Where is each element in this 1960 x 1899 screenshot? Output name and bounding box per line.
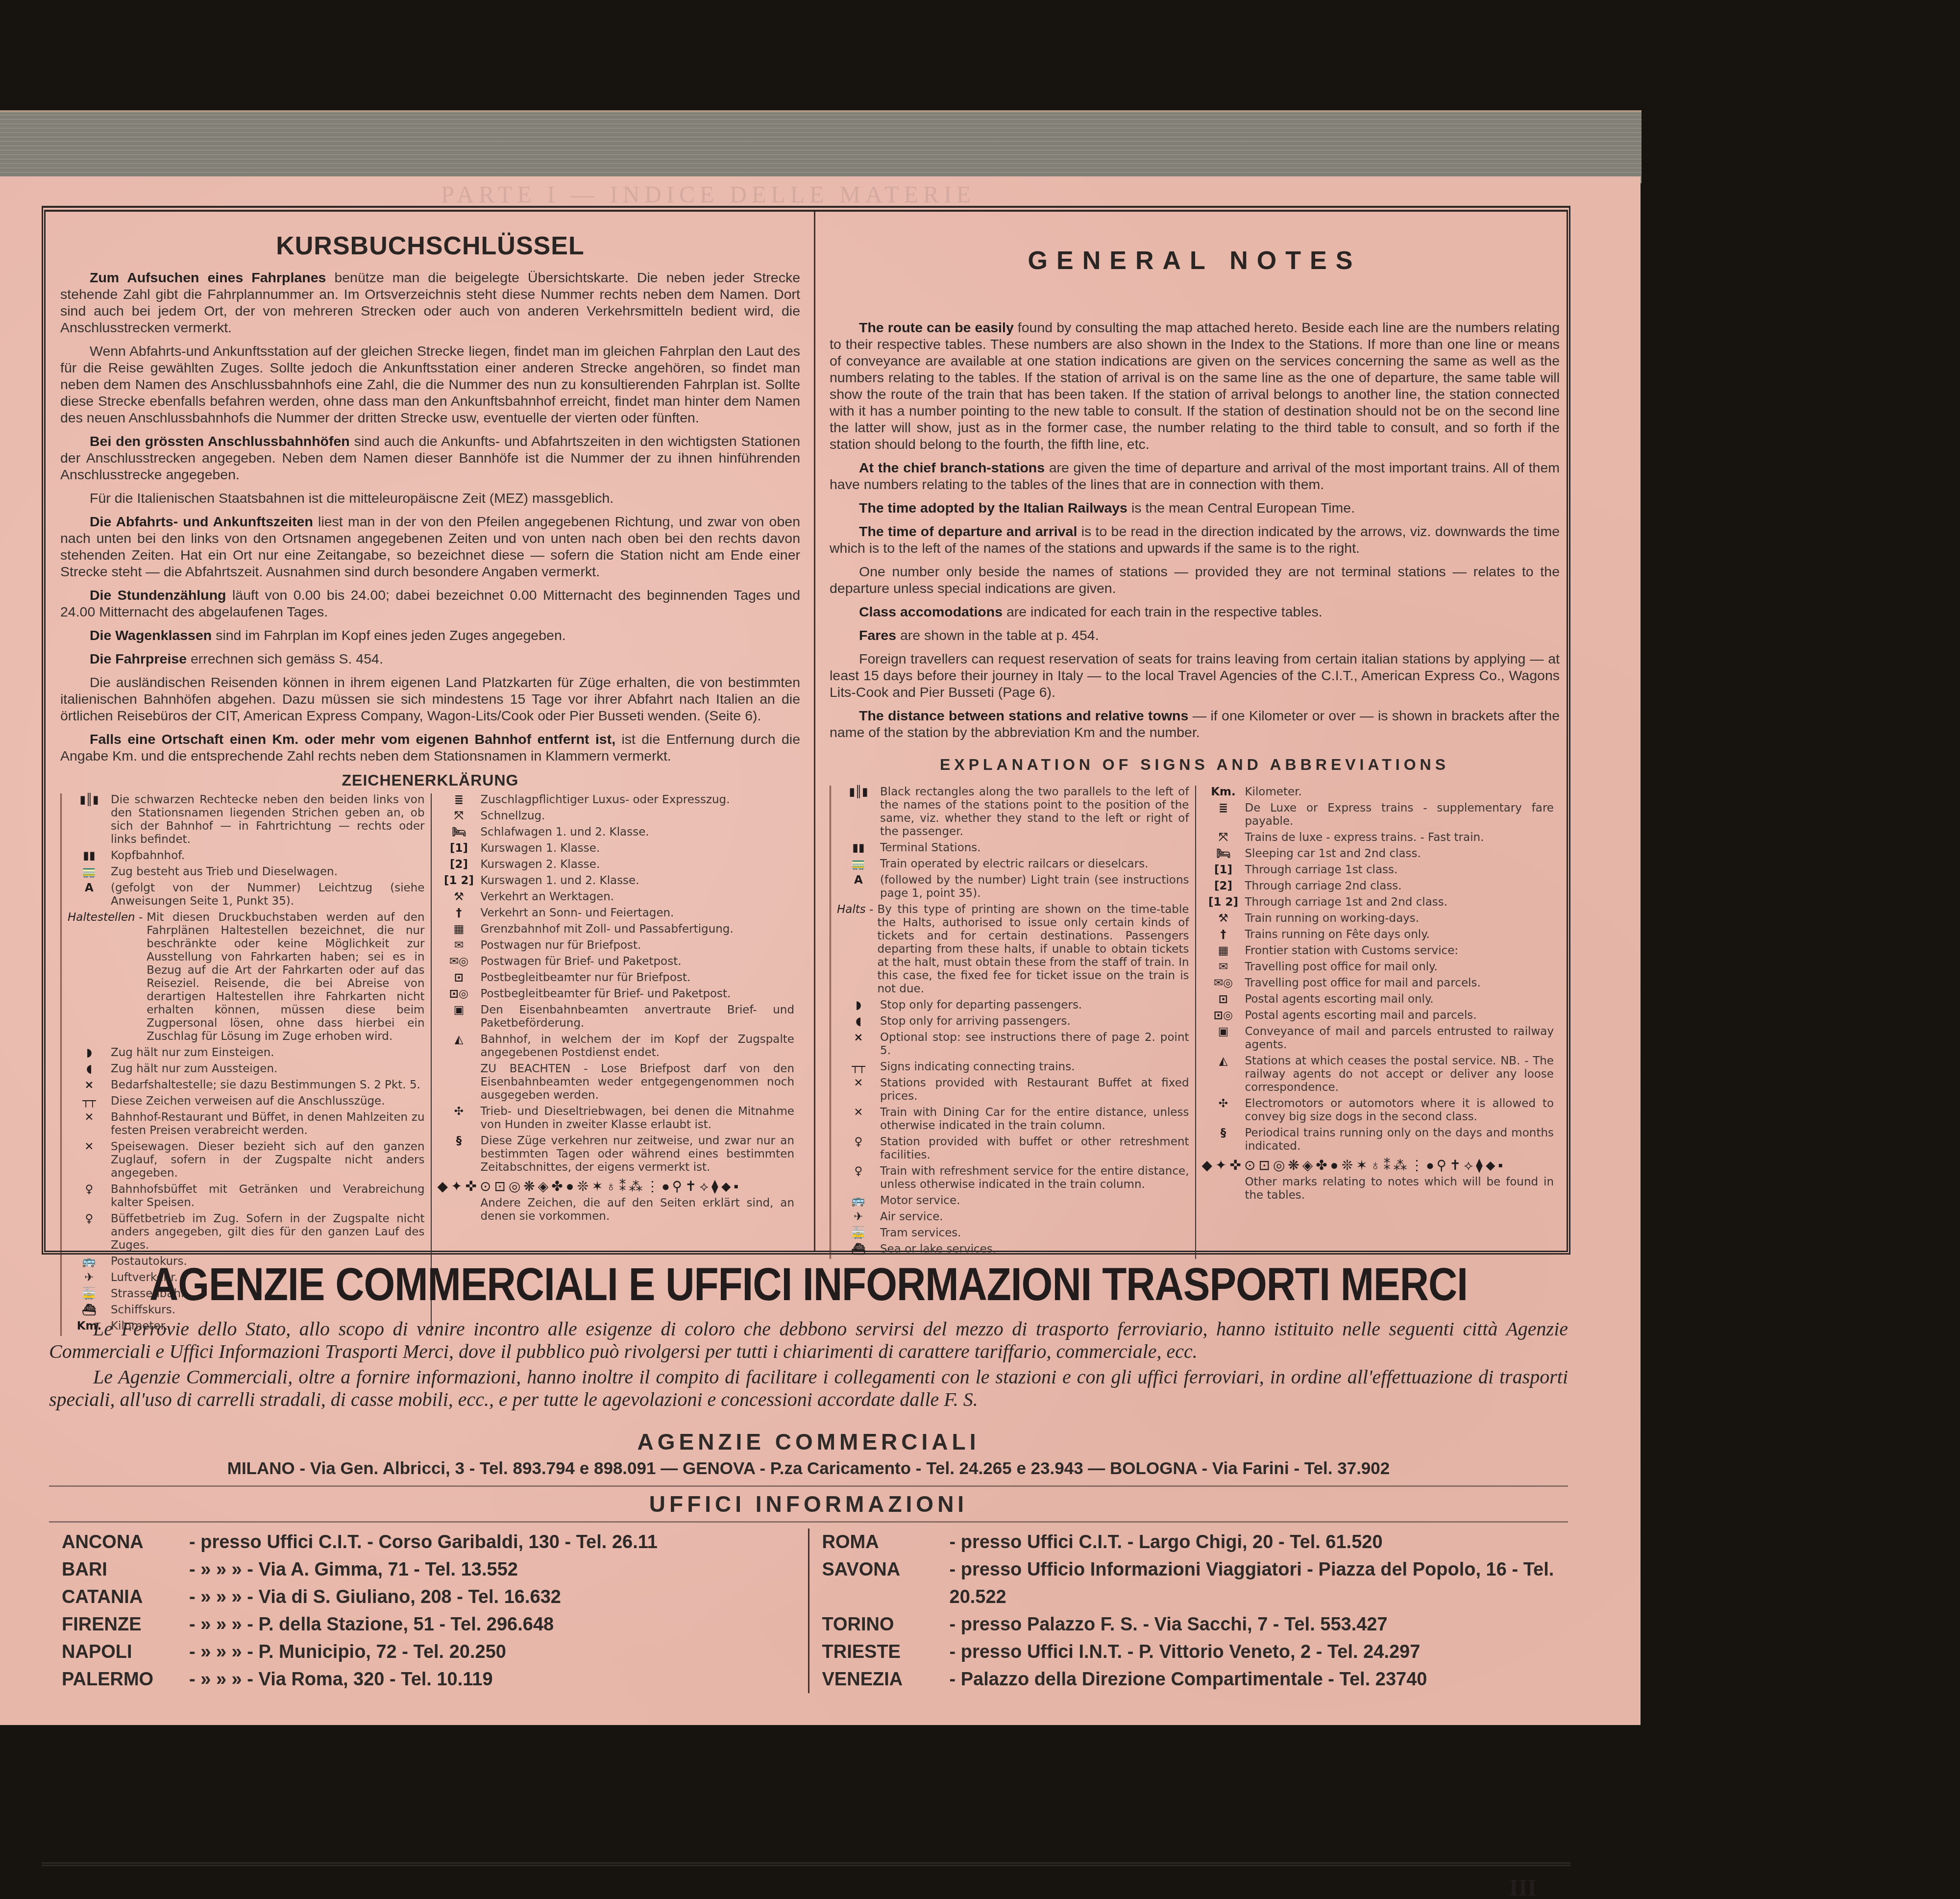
legend-text: Signs indicating connecting trains. [880, 1060, 1189, 1074]
explanation-title: EXPLANATION OF SIGNS AND ABBREVIATIONS [830, 756, 1560, 774]
office-city: VENEZIA [822, 1666, 950, 1693]
tram-icon: 🚋 [837, 1227, 880, 1240]
office-city: TORINO [822, 1611, 950, 1638]
legend-item: 🛏Sleeping car 1st and 2nd class. [1202, 847, 1554, 861]
paragraph-lead: Die Abfahrts- und Ankunftszeiten [90, 514, 313, 530]
legend-text: Diese Züge verkehren nur zeitweise, und … [481, 1134, 795, 1174]
legend-item: Km.Kilometer. [1202, 786, 1554, 799]
legend-text: Bahnhof-Restaurant und Büffet, in denen … [111, 1111, 425, 1137]
legend-item: [1 2]Kurswagen 1. und 2. Klasse. [438, 874, 795, 888]
kursbuch-legend-left: ▮║▮Die schwarzen Rechtecke neben den bei… [60, 793, 431, 1336]
paragraph-text: Für die Italienischen Staatsbahnen ist d… [90, 491, 613, 506]
note-label [438, 1062, 481, 1102]
office-city: ANCONA [62, 1529, 189, 1556]
legend-text: Den Eisenbahnbeamten anvertraute Brief- … [481, 1004, 795, 1030]
office-detail: - presso Uffici I.N.T. - P. Vittorio Ven… [950, 1638, 1556, 1666]
legend-item: ≣De Luxe or Express trains - supplementa… [1202, 802, 1554, 828]
paragraph-text: found by consulting the map attached her… [830, 320, 1560, 452]
agenzie-section: AGENZIE COMMERCIALI E UFFICI INFORMAZION… [49, 1262, 1568, 1693]
legend-text: Train running on working-days. [1245, 912, 1554, 925]
legend-item: ▣Conveyance of mail and parcels entruste… [1202, 1025, 1554, 1052]
legend-item: ⊡Postbegleitbeamter nur für Briefpost. [438, 971, 795, 985]
paragraph: Die Abfahrts- und Ankunftszeiten liest m… [60, 514, 800, 580]
legend-text: Optional stop: see instructions there of… [880, 1031, 1189, 1058]
legend-item: 🚃Zug besteht aus Trieb und Dieselwagen. [68, 865, 425, 879]
paragraph-lead: Zum Aufsuchen eines Fahrplanes [90, 270, 326, 286]
office-detail: - » » » - Via Roma, 320 - Tel. 10.119 [189, 1666, 795, 1693]
paragraph-text: One number only beside the names of stat… [830, 564, 1560, 596]
kursbuch-section: KURSBUCHSCHLÜSSEL Zum Aufsuchen eines Fa… [60, 226, 800, 1336]
legend-item: ◗Zug hält nur zum Einsteigen. [68, 1046, 425, 1060]
legend-text: Travelling post office for mail only. [1245, 961, 1554, 974]
agenzie-commerciali-title: AGENZIE COMMERCIALI [49, 1429, 1568, 1455]
terminal-station-icon: ▮▮ [68, 849, 111, 863]
paragraph-lead: Falls eine Ortschaft einen Km. oder mehr… [90, 732, 615, 747]
legend-item: [1 2]Through carriage 1st and 2nd class. [1202, 896, 1554, 909]
legend-text: Speisewagen. Dieser bezieht sich auf den… [111, 1140, 425, 1180]
legend-text: Bedarfshaltestelle; sie dazu Bestimmunge… [111, 1079, 425, 1092]
legend-text: Periodical trains running only on the da… [1245, 1127, 1554, 1153]
paragraph-lead: Bei den grössten Anschlussbahnhöfen [90, 434, 350, 449]
fast-train-icon: ⤧ [1202, 831, 1245, 844]
paragraph: Wenn Abfahrts-und Ankunftsstation auf de… [60, 343, 800, 426]
general-notes-title: GENERAL NOTES [830, 246, 1560, 275]
station-side-rectangles-icon: ▮║▮ [68, 793, 111, 846]
legend-text: Air service. [880, 1210, 1189, 1224]
paragraph: Die Stundenzählung läuft von 0.00 bis 24… [60, 587, 800, 620]
book-page-edges [0, 110, 1641, 183]
legend-text: Tram services. [880, 1227, 1189, 1240]
office-row: FIRENZE- » » » - P. della Stazione, 51 -… [62, 1611, 795, 1638]
paragraph: Fares are shown in the table at p. 454. [830, 627, 1560, 644]
connection-icon: ┬┬ [68, 1095, 111, 1108]
paragraph-text: errechnen sich gemäss S. 454. [187, 651, 383, 667]
explanation-legend-right: Km.Kilometer.≣De Luxe or Express trains … [1195, 786, 1560, 1259]
column-divider [814, 212, 815, 1251]
legend-text: Zug hält nur zum Einsteigen. [111, 1046, 425, 1060]
legend-item-other-marks: Andere Zeichen, die auf den Seiten erklä… [438, 1197, 795, 1223]
paragraph-lead: Die Wagenklassen [90, 628, 212, 643]
legend-item: ⚒Verkehrt an Werktagen. [438, 890, 795, 904]
luxury-express-icon: ≣ [438, 793, 481, 807]
legend-item: 🚃Train operated by electric railcars or … [837, 858, 1189, 871]
office-row: NAPOLI- » » » - P. Municipio, 72 - Tel. … [62, 1638, 795, 1666]
office-row: TORINO- presso Palazzo F. S. - Via Sacch… [822, 1611, 1556, 1638]
agenzie-title: AGENZIE COMMERCIALI E UFFICI INFORMAZION… [49, 1258, 1568, 1311]
through-car-2-icon: [2] [1202, 880, 1245, 893]
legend-item-other-marks: Other marks relating to notes which will… [1202, 1176, 1554, 1202]
legend-text: Kurswagen 1. Klasse. [481, 842, 795, 855]
rail-official-mail-icon: ▣ [1202, 1025, 1245, 1052]
office-row: BARI- » » » - Via A. Gimma, 71 - Tel. 13… [62, 1556, 795, 1583]
holidays-icon: † [438, 907, 481, 920]
legend-text: Train operated by electric railcars or d… [880, 858, 1189, 871]
restaurant-icon: ✕ [837, 1077, 880, 1103]
legend-item: §Diese Züge verkehren nur zeitweise, und… [438, 1134, 795, 1174]
office-city: BARI [62, 1556, 189, 1583]
explanation-legend-left: ▮║▮Black rectangles along the two parall… [830, 786, 1195, 1259]
terminal-station-icon: ▮▮ [837, 841, 880, 855]
legend-text: Postal agents escorting mail and parcels… [1245, 1009, 1554, 1022]
legend-text: Trains running on Fête days only. [1245, 928, 1554, 941]
legend-item: ⚒Train running on working-days. [1202, 912, 1554, 925]
paragraph-lead: Die Stundenzählung [90, 588, 226, 603]
office-city: TRIESTE [822, 1638, 950, 1666]
paragraph: Die Wagenklassen sind im Fahrplan im Kop… [60, 627, 800, 644]
periodic-train-icon: § [1202, 1127, 1245, 1153]
post-bus-icon: 🚌 [837, 1194, 880, 1208]
through-car-1-icon: [1] [438, 842, 481, 855]
legend-item: ≣Zuschlagpflichtiger Luxus- oder Express… [438, 793, 795, 807]
postal-escort-icon: ⊡ [438, 971, 481, 985]
paragraph-lead: Class accomodations [859, 604, 1003, 620]
office-detail: - presso Uffici C.I.T. - Corso Garibaldi… [189, 1529, 795, 1556]
legend-item: [2]Through carriage 2nd class. [1202, 880, 1554, 893]
paragraph-lead: The time of departure and arrival [859, 524, 1077, 540]
paragraph: Foreign travellers can request reservati… [830, 651, 1560, 701]
legend-item: 🛏Schlafwagen 1. und 2. Klasse. [438, 826, 795, 839]
other-marks-icons: ◆✦✜⊙⊡◎❋◈✤●❊✶♁⁑⁂⋮⦁⚲✝⟡⧫⬥▪ [1202, 1157, 1554, 1174]
book-page: PARTE I — INDICE DELLE MATERIE KURSBUCHS… [0, 176, 1641, 1725]
railcar-icon: 🚃 [837, 858, 880, 871]
border-station-icon: ▦ [1202, 944, 1245, 958]
office-city: PALERMO [62, 1666, 189, 1693]
legend-item: ✕Speisewagen. Dieser bezieht sich auf de… [68, 1140, 425, 1180]
legend-item: ▮▮Kopfbahnhof. [68, 849, 425, 863]
legend-text: Conveyance of mail and parcels entrusted… [1245, 1025, 1554, 1052]
legend-text: Motor service. [880, 1194, 1189, 1208]
legend-item: ×Optional stop: see instructions there o… [837, 1031, 1189, 1058]
legend-text: By this type of printing are shown on th… [877, 903, 1189, 996]
office-city: NAPOLI [62, 1638, 189, 1666]
legend-item: 🚋Tram services. [837, 1227, 1189, 1240]
legend-item: ♀Bahnhofsbüffet mit Getränken und Verabr… [68, 1183, 425, 1209]
postal-escort-parcel-icon: ⊡◎ [1202, 1009, 1245, 1022]
dining-car-icon: ✕ [68, 1140, 111, 1180]
legend-text: Stations at which ceases the postal serv… [1245, 1055, 1554, 1094]
legend-item: ✉Travelling post office for mail only. [1202, 961, 1554, 974]
office-row: ANCONA- presso Uffici C.I.T. - Corso Gar… [62, 1529, 795, 1556]
divider [49, 1521, 1568, 1523]
kursbuch-legend-right: ≣Zuschlagpflichtiger Luxus- oder Express… [431, 793, 801, 1336]
legend-text: Schnellzug. [481, 810, 795, 823]
halts-label: Haltestellen - [68, 911, 147, 1043]
boarding-only-icon: ◗ [68, 1046, 111, 1060]
office-detail: - presso Ufficio Informazioni Viaggiator… [950, 1556, 1556, 1611]
legend-text: Through carriage 1st class. [1245, 863, 1554, 877]
office-detail: - presso Uffici C.I.T. - Largo Chigi, 20… [950, 1529, 1556, 1556]
legend-text: Train with refreshment service for the e… [880, 1165, 1189, 1191]
paragraph: One number only beside the names of stat… [830, 564, 1560, 597]
through-car-1-icon: [1] [1202, 863, 1245, 877]
ship-icon: ⛴ [837, 1243, 880, 1256]
legend-item: ⛴Sea or lake services. [837, 1243, 1189, 1256]
legend-item: ⤧Schnellzug. [438, 810, 795, 823]
legend-text: Schlafwagen 1. und 2. Klasse. [481, 826, 795, 839]
legend-text: Zug hält nur zum Aussteigen. [111, 1062, 425, 1076]
legend-item: ▮║▮Die schwarzen Rechtecke neben den bei… [68, 793, 425, 846]
km-label: Km. [1202, 786, 1245, 799]
legend-item: [1]Kurswagen 1. Klasse. [438, 842, 795, 855]
legend-text: Die schwarzen Rechtecke neben den beiden… [111, 793, 425, 846]
legend-text: Postwagen nur für Briefpost. [481, 939, 795, 952]
paragraph-lead: The time adopted by the Italian Railways [859, 500, 1127, 516]
boarding-only-icon: ◗ [837, 999, 880, 1012]
legend-item: ♀Büffetbetrieb im Zug. Sofern in der Zug… [68, 1212, 425, 1252]
legend-text: (gefolgt von der Nummer) Leichtzug (sieh… [111, 882, 425, 908]
postal-escort-icon: ⊡ [1202, 993, 1245, 1006]
through-car-12-icon: [1 2] [438, 874, 481, 888]
general-notes-legend: ▮║▮Black rectangles along the two parall… [830, 786, 1560, 1259]
legend-item: ▣Den Eisenbahnbeamten anvertraute Brief-… [438, 1004, 795, 1030]
paragraph-text: are shown in the table at p. 454. [896, 628, 1099, 643]
legend-item: ◭Stations at which ceases the postal ser… [1202, 1055, 1554, 1094]
through-car-2-icon: [2] [438, 858, 481, 871]
paragraph: Für die Italienischen Staatsbahnen ist d… [60, 490, 800, 507]
request-stop-icon: × [837, 1031, 880, 1058]
mail-car-icon: ✉ [1202, 961, 1245, 974]
legend-item: ✉◎Travelling post office for mail and pa… [1202, 977, 1554, 990]
legend-item: A(gefolgt von der Nummer) Leichtzug (sie… [68, 882, 425, 908]
general-notes-section: GENERAL NOTES The route can be easily fo… [830, 226, 1560, 1259]
paragraph: Bei den grössten Anschlussbahnhöfen sind… [60, 433, 800, 483]
legend-text: Büffetbetrieb im Zug. Sofern in der Zugs… [111, 1212, 425, 1252]
legend-text: Kopfbahnhof. [111, 849, 425, 863]
dogs-allowed-icon: ✣ [1202, 1097, 1245, 1124]
postal-end-icon: ◭ [1202, 1055, 1245, 1094]
dining-car-icon: ✕ [837, 1106, 880, 1133]
office-row: CATANIA- » » » - Via di S. Giuliano, 208… [62, 1583, 795, 1611]
uffici-left-column: ANCONA- presso Uffici C.I.T. - Corso Gar… [49, 1529, 808, 1693]
legend-item: ▮▮Terminal Stations. [837, 841, 1189, 855]
office-row: ROMA- presso Uffici C.I.T. - Largo Chigi… [822, 1529, 1556, 1556]
airplane-icon: ✈ [837, 1210, 880, 1224]
alighting-only-icon: ◖ [837, 1015, 880, 1028]
postal-escort-parcel-icon: ⊡◎ [438, 987, 481, 1001]
legend-item: ▦Frontier station with Customs service: [1202, 944, 1554, 958]
uffici-right-column: ROMA- presso Uffici C.I.T. - Largo Chigi… [808, 1529, 1568, 1693]
mail-parcel-car-icon: ✉◎ [438, 955, 481, 968]
legend-item: Halts -By this type of printing are show… [837, 903, 1189, 996]
general-notes-paragraphs: The route can be easily found by consult… [830, 320, 1560, 741]
legend-text: Kurswagen 2. Klasse. [481, 858, 795, 871]
legend-text: Postbegleitbeamter nur für Briefpost. [481, 971, 795, 985]
legend-text: Stop only for departing passengers. [880, 999, 1189, 1012]
paragraph-text: Wenn Abfahrts-und Ankunftsstation auf de… [60, 344, 800, 426]
legend-text: De Luxe or Express trains - supplementar… [1245, 802, 1554, 828]
legend-text: Zuschlagpflichtiger Luxus- oder Expressz… [481, 793, 795, 807]
office-detail: - » » » - P. della Stazione, 51 - Tel. 2… [189, 1611, 795, 1638]
legend-text: Electromotors or automotors where it is … [1245, 1097, 1554, 1124]
letter-a-icon: A [68, 882, 111, 908]
fast-train-icon: ⤧ [438, 810, 481, 823]
station-side-rectangles-icon: ▮║▮ [837, 786, 880, 839]
legend-item: ✈Air service. [837, 1210, 1189, 1224]
office-row: VENEZIA- Palazzo della Direzione Compart… [822, 1666, 1556, 1693]
legend-text: Train with Dining Car for the entire dis… [880, 1106, 1189, 1133]
paragraph: The route can be easily found by consult… [830, 320, 1560, 453]
legend-item: ▮║▮Black rectangles along the two parall… [837, 786, 1189, 839]
legend-text: Bahnhofsbüffet mit Getränken und Verabre… [111, 1183, 425, 1209]
legend-text: Postal agents escorting mail only. [1245, 993, 1554, 1006]
request-stop-icon: × [68, 1079, 111, 1092]
uffici-informazioni-title: UFFICI INFORMAZIONI [49, 1491, 1568, 1517]
legend-item: ◗Stop only for departing passengers. [837, 999, 1189, 1012]
legend-item: ✕Bahnhof-Restaurant und Büffet, in denen… [68, 1111, 425, 1137]
legend-item: 🚌Motor service. [837, 1194, 1189, 1208]
office-detail: - » » » - Via di S. Giuliano, 208 - Tel.… [189, 1583, 795, 1611]
bottom-border [42, 1862, 1570, 1870]
legend-item: ┬┬Signs indicating connecting trains. [837, 1060, 1189, 1074]
office-row: SAVONA- presso Ufficio Informazioni Viag… [822, 1556, 1556, 1611]
office-row: PALERMO- » » » - Via Roma, 320 - Tel. 10… [62, 1666, 795, 1693]
legend-item: ×Bedarfshaltestelle; sie dazu Bestimmung… [68, 1079, 425, 1092]
legend-text: Diese Zeichen verweisen auf die Anschlus… [111, 1095, 425, 1108]
workdays-icon: ⚒ [438, 890, 481, 904]
office-detail: - Palazzo della Direzione Compartimental… [950, 1666, 1556, 1693]
legend-text: Bahnhof, in welchem der im Kopf der Zugs… [481, 1033, 795, 1060]
paragraph: The distance between stations and relati… [830, 708, 1560, 741]
agenzie-commerciali-addresses: MILANO - Via Gen. Albricci, 3 - Tel. 893… [49, 1459, 1568, 1479]
legend-text: Trains de luxe - express trains. - Fast … [1245, 831, 1554, 844]
restaurant-icon: ✕ [68, 1111, 111, 1137]
legend-item: ♀Train with refreshment service for the … [837, 1165, 1189, 1191]
legend-text: Terminal Stations. [880, 841, 1189, 855]
legend-item: ✉◎Postwagen für Brief- und Paketpost. [438, 955, 795, 968]
paragraph: Die ausländischen Reisenden können in ih… [60, 674, 800, 724]
sleeping-car-icon: 🛏 [438, 826, 481, 839]
kursbuch-title: KURSBUCHSCHLÜSSEL [60, 231, 800, 261]
legend-text: Through carriage 2nd class. [1245, 880, 1554, 893]
legend-text: ZU BEACHTEN - Lose Briefpost darf von de… [481, 1062, 795, 1102]
office-city: SAVONA [822, 1556, 950, 1611]
legend-item: ◭Bahnhof, in welchem der im Kopf der Zug… [438, 1033, 795, 1060]
luxury-express-icon: ≣ [1202, 802, 1245, 828]
notes-frame: KURSBUCHSCHLÜSSEL Zum Aufsuchen eines Fa… [42, 206, 1570, 1255]
railcar-icon: 🚃 [68, 865, 111, 879]
page-number: III [1509, 1874, 1537, 1899]
paragraph-text: is the mean Central European Time. [1127, 500, 1355, 516]
paragraph-text: Foreign travellers can request reservati… [830, 651, 1560, 700]
legend-text: Postbegleitbeamter für Brief- und Paketp… [481, 987, 795, 1001]
rail-official-mail-icon: ▣ [438, 1004, 481, 1030]
mail-car-icon: ✉ [438, 939, 481, 952]
paragraph-text: are indicated for each train in the resp… [1003, 604, 1323, 620]
legend-item: ✕Train with Dining Car for the entire di… [837, 1106, 1189, 1133]
office-detail: - presso Palazzo F. S. - Via Sacchi, 7 -… [950, 1611, 1556, 1638]
paragraph: At the chief branch-stations are given t… [830, 460, 1560, 493]
paragraph-lead: Fares [859, 628, 896, 643]
legend-item: ⤧Trains de luxe - express trains. - Fast… [1202, 831, 1554, 844]
paragraph: The time adopted by the Italian Railways… [830, 500, 1560, 517]
holidays-icon: † [1202, 928, 1245, 941]
legend-item: ⊡◎Postal agents escorting mail and parce… [1202, 1009, 1554, 1022]
sleeping-car-icon: 🛏 [1202, 847, 1245, 861]
train-buffet-icon: ♀ [837, 1165, 880, 1191]
workdays-icon: ⚒ [1202, 912, 1245, 925]
paragraph-lead: The route can be easily [859, 320, 1014, 336]
paragraph: Class accomodations are indicated for ea… [830, 604, 1560, 620]
legend-text: Trieb- und Dieseltriebwagen, bei denen d… [481, 1105, 795, 1132]
dogs-allowed-icon: ✣ [438, 1105, 481, 1132]
divider [49, 1485, 1568, 1487]
kursbuch-paragraphs: Zum Aufsuchen eines Fahrplanes benütze m… [60, 270, 800, 765]
station-buffet-icon: ♀ [68, 1183, 111, 1209]
legend-item: [1]Through carriage 1st class. [1202, 863, 1554, 877]
legend-item: [2]Kurswagen 2. Klasse. [438, 858, 795, 871]
paragraph-lead: At the chief branch-stations [859, 460, 1045, 476]
legend-text: Mit diesen Druckbuchstaben werden auf de… [147, 911, 424, 1043]
legend-item: ⊡Postal agents escorting mail only. [1202, 993, 1554, 1006]
paragraph: The time of departure and arrival is to … [830, 523, 1560, 557]
zeichenerklarung-title: ZEICHENERKLÄRUNG [60, 771, 800, 789]
legend-text: Frontier station with Customs service: [1245, 944, 1554, 958]
legend-item: ✉Postwagen nur für Briefpost. [438, 939, 795, 952]
uffici-table: ANCONA- presso Uffici C.I.T. - Corso Gar… [49, 1529, 1568, 1693]
legend-text: Black rectangles along the two parallels… [880, 786, 1189, 839]
office-city: FIRENZE [62, 1611, 189, 1638]
bleed-through-header: PARTE I — INDICE DELLE MATERIE [441, 181, 976, 208]
legend-item: ◖Stop only for arriving passengers. [837, 1015, 1189, 1028]
train-buffet-icon: ♀ [68, 1212, 111, 1252]
legend-text: Verkehrt an Sonn- und Feiertagen. [481, 907, 795, 920]
postal-end-icon: ◭ [438, 1033, 481, 1060]
legend-text: Through carriage 1st and 2nd class. [1245, 896, 1554, 909]
paragraph-text: sind im Fahrplan im Kopf eines jeden Zug… [212, 628, 565, 643]
legend-text: Sea or lake services. [880, 1243, 1189, 1256]
legend-item: ⊡◎Postbegleitbeamter für Brief- und Pake… [438, 987, 795, 1001]
office-row: TRIESTE- presso Uffici I.N.T. - P. Vitto… [822, 1638, 1556, 1666]
legend-text: Travelling post office for mail and parc… [1245, 977, 1554, 990]
legend-text: Sleeping car 1st and 2nd class. [1245, 847, 1554, 861]
legend-item: ✕Stations provided with Restaurant Buffe… [837, 1077, 1189, 1103]
letter-a-icon: A [837, 874, 880, 900]
through-car-12-icon: [1 2] [1202, 896, 1245, 909]
legend-item: ┬┬Diese Zeichen verweisen auf die Anschl… [68, 1095, 425, 1108]
office-city: ROMA [822, 1529, 950, 1556]
paragraph: Die Fahrpreise errechnen sich gemäss S. … [60, 651, 800, 667]
station-buffet-icon: ♀ [837, 1135, 880, 1162]
legend-item: †Trains running on Fête days only. [1202, 928, 1554, 941]
legend-text: Stop only for arriving passengers. [880, 1015, 1189, 1028]
legend-item: A(followed by the number) Light train (s… [837, 874, 1189, 900]
other-marks-icons: ◆✦✜⊙⊡◎❋◈✤●❊✶♁⁑⁂⋮⦁⚲✝⟡⧫⬥▪ [438, 1178, 795, 1195]
legend-item: ♀Station provided with buffet or other r… [837, 1135, 1189, 1162]
legend-item: ZU BEACHTEN - Lose Briefpost darf von de… [438, 1062, 795, 1102]
connection-icon: ┬┬ [837, 1060, 880, 1074]
office-detail: - » » » - P. Municipio, 72 - Tel. 20.250 [189, 1638, 795, 1666]
office-detail: - » » » - Via A. Gimma, 71 - Tel. 13.552 [189, 1556, 795, 1583]
legend-text: Verkehrt an Werktagen. [481, 890, 795, 904]
border-station-icon: ▦ [438, 923, 481, 936]
legend-item: †Verkehrt an Sonn- und Feiertagen. [438, 907, 795, 920]
periodic-train-icon: § [438, 1134, 481, 1174]
legend-item: ◖Zug hält nur zum Aussteigen. [68, 1062, 425, 1076]
legend-text: Kilometer. [1245, 786, 1554, 799]
legend-item: ✣Electromotors or automotors where it is… [1202, 1097, 1554, 1124]
kursbuch-legend: ▮║▮Die schwarzen Rechtecke neben den bei… [60, 793, 800, 1336]
legend-text: Grenzbahnhof mit Zoll- und Passabfertigu… [481, 923, 795, 936]
paragraph: Zum Aufsuchen eines Fahrplanes benütze m… [60, 270, 800, 336]
alighting-only-icon: ◖ [68, 1062, 111, 1076]
legend-item: ▦Grenzbahnhof mit Zoll- und Passabfertig… [438, 923, 795, 936]
agenzie-intro-2: Le Agenzie Commerciali, oltre a fornire … [49, 1366, 1568, 1411]
office-city: CATANIA [62, 1583, 189, 1611]
paragraph: Falls eine Ortschaft einen Km. oder mehr… [60, 731, 800, 765]
legend-item: ✣Trieb- und Dieseltriebwagen, bei denen … [438, 1105, 795, 1132]
legend-text: Zug besteht aus Trieb und Dieselwagen. [111, 865, 425, 879]
halts-label: Halts - [837, 903, 877, 996]
